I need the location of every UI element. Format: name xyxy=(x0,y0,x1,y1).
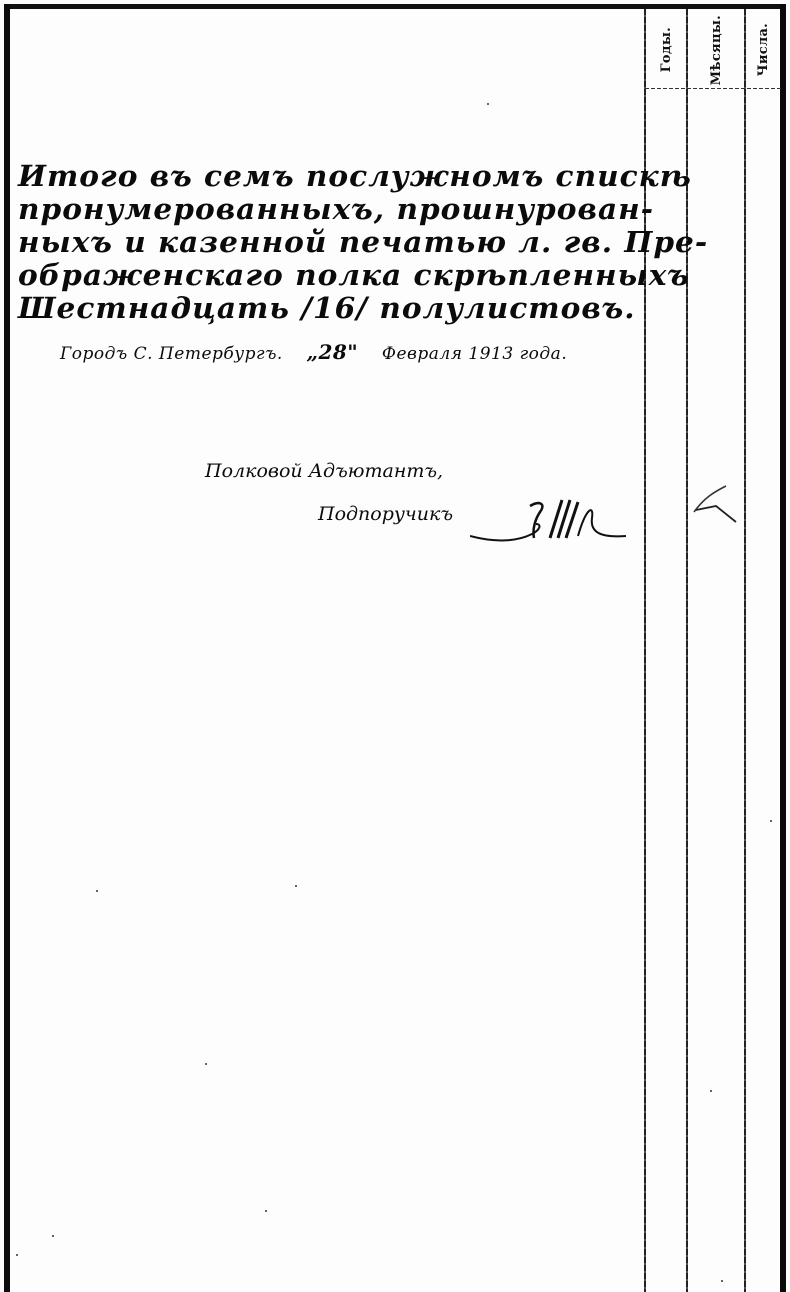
city: Городъ С. Петербургъ. xyxy=(60,344,283,364)
margin-rule-3 xyxy=(744,9,746,1292)
place-date-line: Городъ С. Петербургъ. „28" Февраля 1913 … xyxy=(60,340,567,364)
scan-speck xyxy=(16,1254,18,1256)
text-line: Итого въ семъ послужномъ спискѣ xyxy=(18,160,708,193)
signatory-rank: Подпоручикъ xyxy=(318,503,453,525)
column-header-years: Годы. xyxy=(646,14,686,86)
page-frame-left xyxy=(4,4,10,1292)
scan-speck xyxy=(295,885,297,887)
margin-header-rule xyxy=(645,88,781,89)
certification-text: Итого въ семъ послужномъ спискѣ пронумер… xyxy=(18,160,708,325)
page-frame-top xyxy=(4,4,786,9)
scan-speck xyxy=(721,1280,723,1282)
page-frame-right xyxy=(780,4,786,1292)
scan-speck xyxy=(770,820,772,822)
text-line: пронумерованныхъ, прошнурован- xyxy=(18,193,708,226)
column-header-label: Годы. xyxy=(659,27,674,72)
signature-icon xyxy=(470,488,630,548)
scan-speck xyxy=(96,890,98,892)
text-line: ныхъ и казенной печатью л. гв. Пре- xyxy=(18,226,708,259)
scan-speck xyxy=(487,103,489,105)
text-line: Шестнадцать /16/ полулистовъ. xyxy=(18,292,708,325)
scan-speck xyxy=(265,1210,267,1212)
pencil-check-mark-icon xyxy=(690,478,750,538)
column-header-months: Мѣсяцы. xyxy=(688,14,744,86)
document-page: Годы. Мѣсяцы. Числа. Итого въ семъ послу… xyxy=(0,0,790,1292)
scan-speck xyxy=(710,1090,712,1092)
column-header-label: Числа. xyxy=(756,23,771,76)
signatory-title: Полковой Адъютантъ, xyxy=(205,460,443,482)
scan-speck xyxy=(52,1235,54,1237)
text-line: ображенскаго полка скрѣпленныхъ xyxy=(18,259,708,292)
column-header-days: Числа. xyxy=(746,14,780,86)
scan-speck xyxy=(205,1063,207,1065)
column-header-label: Мѣсяцы. xyxy=(709,15,724,85)
month-year: Февраля 1913 года. xyxy=(382,344,567,364)
day: „28" xyxy=(306,340,358,364)
